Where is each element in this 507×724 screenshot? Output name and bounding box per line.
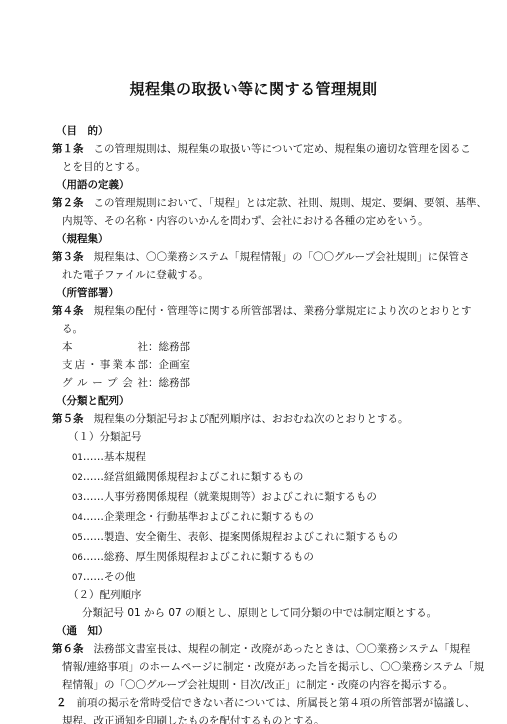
code-row: 07……その他 xyxy=(72,570,135,585)
article-label: 第６条 xyxy=(52,643,84,655)
article-3-line-1: 第３条規程集は、〇〇業務システム「規程情報」の「〇〇グループ会社規則」に保管さ xyxy=(52,250,470,264)
article-text: 法務部文書室長は、規程の制定・改廃があったときは、〇〇業務システム「規程 xyxy=(94,643,471,655)
section-heading-purpose: （目 的） xyxy=(56,124,109,138)
department-row: 本社：総務部 xyxy=(62,340,190,354)
article-1-line-2: とを目的とする。 xyxy=(62,160,146,174)
item-1-label: （１）分類記号 xyxy=(68,430,142,444)
code-text: ……経営組織関係規程およびこれに類するもの xyxy=(83,471,304,483)
code-number: 07 xyxy=(72,573,83,583)
article-3-line-2: れた電子ファイルに登載する。 xyxy=(62,268,209,282)
code-row: 06……総務、厚生関係規程およびこれに類するもの xyxy=(72,550,314,565)
code-number: 01 xyxy=(72,453,83,463)
article-label: 第５条 xyxy=(52,413,84,425)
department-name: 総務部 xyxy=(159,376,191,390)
item-2-label: （２）配列順序 xyxy=(68,588,142,602)
article-6-para-2-line-2: 規程、改正通知を印刷したものを配付するものとする。 xyxy=(62,714,325,724)
department-location: 本社 xyxy=(62,340,148,354)
code-text: ……総務、厚生関係規程およびこれに類するもの xyxy=(83,551,314,563)
section-heading-notification: （通 知） xyxy=(56,624,109,638)
department-location: グループ会社 xyxy=(62,376,148,390)
article-label: 第２条 xyxy=(52,197,84,209)
code-row: 04……企業理念・行動基準およびこれに類するもの xyxy=(72,510,314,525)
section-heading-regulations: （規程集） xyxy=(56,232,109,246)
code-row: 03……人事労務関係規程（就業規則等）およびこれに類するもの xyxy=(72,490,377,505)
code-number: 02 xyxy=(72,473,83,483)
code-number: 03 xyxy=(72,493,83,503)
code-row: 02……経営組織関係規程およびこれに類するもの xyxy=(72,470,303,485)
article-label: 第３条 xyxy=(52,251,84,263)
item-2-text: 分類記号 01 から 07 の順とし、原則として同分類の中では制定順とする。 xyxy=(82,606,437,620)
article-text: 規程集の分類記号および配列順序は、おおむね次のとおりとする。 xyxy=(94,413,409,425)
code-text: ……製造、安全衛生、表彰、提案関係規程およびこれに類するもの xyxy=(83,531,398,543)
code-number: 04 xyxy=(72,513,83,523)
document-title: 規程集の取扱い等に関する管理規則 xyxy=(0,78,507,99)
article-text: 規程集の配付・管理等に関する所管部署は、業務分掌規定により次のとおりとす xyxy=(94,305,472,317)
article-6-line-1: 第６条法務部文書室長は、規程の制定・改廃があったときは、〇〇業務システム「規程 xyxy=(52,642,470,656)
code-text: ……企業理念・行動基準およびこれに類するもの xyxy=(83,511,314,523)
code-number: 06 xyxy=(72,553,83,563)
article-5-line-1: 第５条規程集の分類記号および配列順序は、おおむね次のとおりとする。 xyxy=(52,412,409,426)
department-name: 企画室 xyxy=(159,358,191,372)
article-4-line-1: 第４条規程集の配付・管理等に関する所管部署は、業務分掌規定により次のとおりとす xyxy=(52,304,472,318)
article-6-line-3: 程情報」の「〇〇グループ会社規則・目次/改正」に制定・改廃の内容を掲示する。 xyxy=(62,678,453,692)
article-1-line-1: 第１条この管理規則は、規程集の取扱い等について定め、規程集の適切な管理を図るこ xyxy=(52,142,471,156)
article-text: この管理規則において、「規程」とは定款、社則、規則、規定、要綱、要領、基準、 xyxy=(94,197,488,209)
article-text: 規程集は、〇〇業務システム「規程情報」の「〇〇グループ会社規則」に保管さ xyxy=(94,251,470,263)
code-row: 01……基本規程 xyxy=(72,450,146,465)
code-text: ……人事労務関係規程（就業規則等）およびこれに類するもの xyxy=(83,491,377,503)
article-4-line-2: る。 xyxy=(62,322,83,336)
article-2-line-1: 第２条この管理規則において、「規程」とは定款、社則、規則、規定、要綱、要領、基準… xyxy=(52,196,487,210)
section-heading-departments: （所管部署） xyxy=(56,286,119,300)
article-label: 第１条 xyxy=(52,143,84,155)
document-page: 規程集の取扱い等に関する管理規則 （目 的） 第１条この管理規則は、規程集の取扱… xyxy=(0,0,507,724)
article-text: この管理規則は、規程集の取扱い等について定め、規程集の適切な管理を図るこ xyxy=(94,143,471,155)
section-heading-definitions: （用語の定義） xyxy=(56,178,130,192)
department-location: 支店・事業本部 xyxy=(62,358,148,372)
code-text: ……基本規程 xyxy=(83,451,146,463)
department-row: 支店・事業本部：企画室 xyxy=(62,358,190,372)
article-6-line-2: 情報/連絡事項」のホームページに制定・改廃があった旨を掲示し、〇〇業務システム「… xyxy=(62,660,484,674)
section-heading-classification: （分類と配列） xyxy=(56,394,130,408)
code-number: 05 xyxy=(72,533,83,543)
code-text: ……その他 xyxy=(83,571,136,583)
code-row: 05……製造、安全衛生、表彰、提案関係規程およびこれに類するもの xyxy=(72,530,398,545)
article-label: 第４条 xyxy=(52,305,84,317)
paragraph-number: ２ xyxy=(56,697,67,709)
article-6-para-2-line-1: ２前項の掲示を常時受信できない者については、所属長と第４項の所管部署が協議し、 xyxy=(56,696,475,710)
department-name: 総務部 xyxy=(159,340,191,354)
department-row: グループ会社：総務部 xyxy=(62,376,190,390)
paragraph-text: 前項の掲示を常時受信できない者については、所属長と第４項の所管部署が協議し、 xyxy=(77,697,476,709)
article-2-line-2: 内規等、その名称・内容のいかんを問わず、会社における各種の定めをいう。 xyxy=(62,214,429,228)
